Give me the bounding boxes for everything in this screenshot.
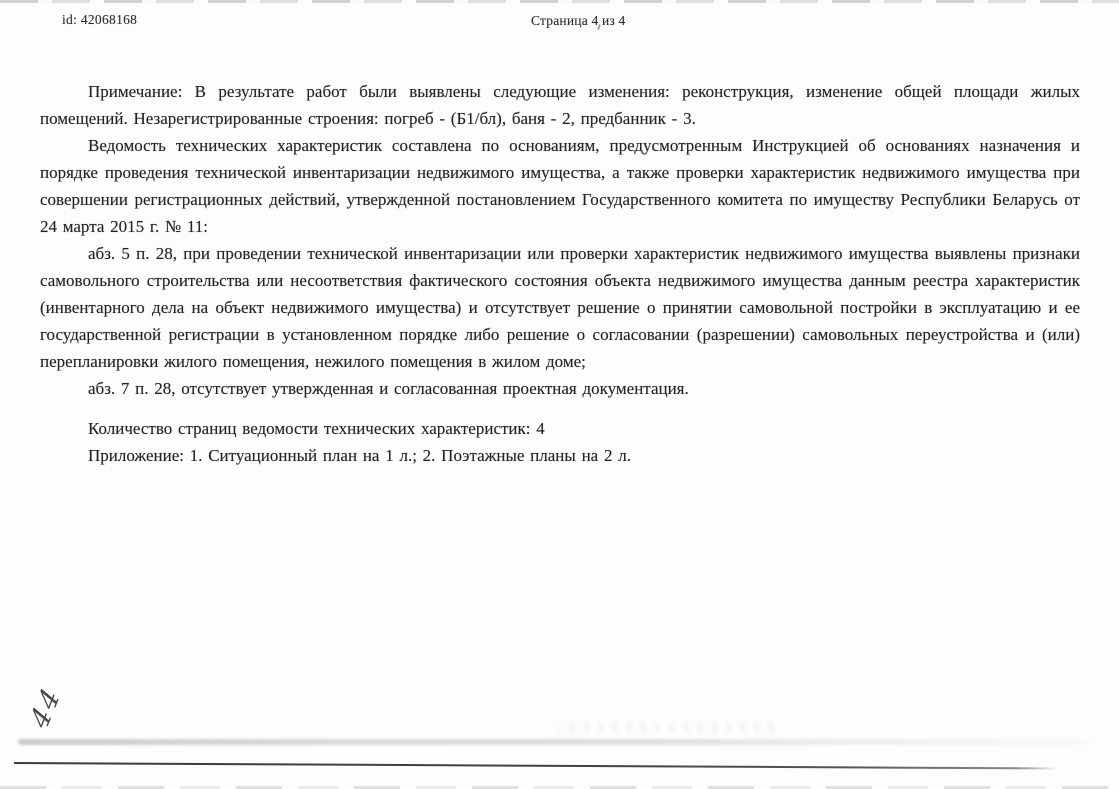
scan-smudge-band [18, 739, 1090, 745]
paragraph-page-count: Количество страниц ведомости технических… [40, 415, 1080, 442]
paragraph-abz5-p28: абз. 5 п. 28, при проведении технической… [40, 240, 1080, 375]
document-id-label: id: 42068168 [62, 12, 137, 28]
paragraph-vedomost-basis: Ведомость технических характеристик сост… [40, 132, 1080, 240]
scan-fold-line [14, 762, 1058, 769]
document-body: Примечание: В результате работ были выяв… [40, 78, 1080, 469]
pencil-smudge-artifact [558, 722, 773, 733]
paragraph-abz7-p28: абз. 7 п. 28, отсутствует утвержденная и… [40, 375, 1080, 402]
scan-edge-top-artifact [0, 0, 1119, 3]
scanned-document-page: id: 42068168 Страница 4 из 4 Примечание:… [0, 0, 1119, 789]
paragraph-note: Примечание: В результате работ были выяв… [40, 78, 1080, 132]
handwritten-page-number: 44 [25, 681, 67, 734]
paragraph-attachments: Приложение: 1. Ситуационный план на 1 л.… [40, 442, 1080, 469]
page-number-indicator: Страница 4 из 4 [531, 13, 625, 29]
